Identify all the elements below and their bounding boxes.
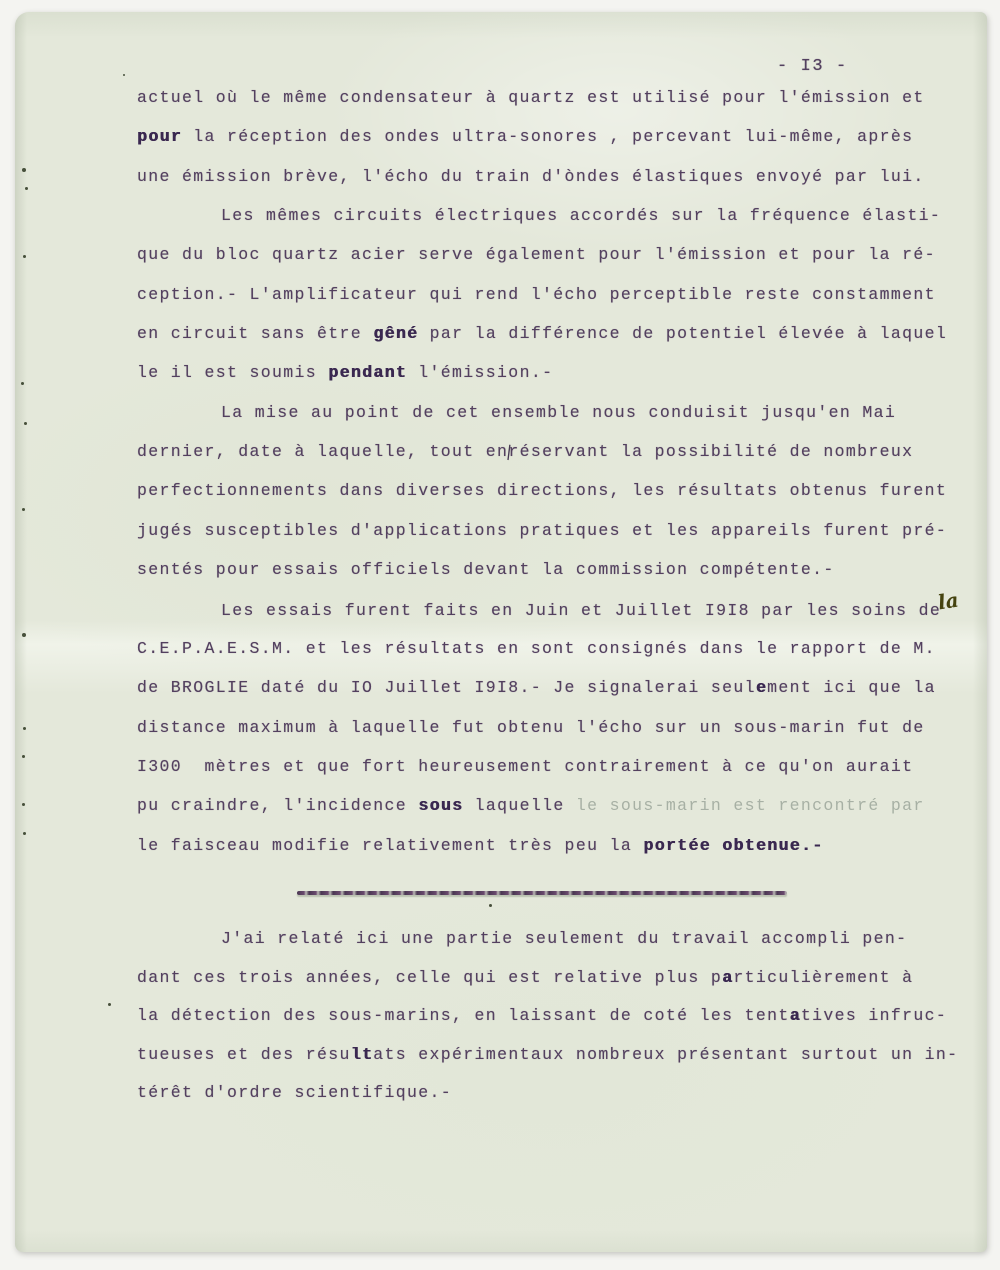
- ink-speck: [24, 422, 27, 425]
- text-line: tueuses et des résultats expérimentaux n…: [137, 1043, 997, 1082]
- text-line: de BROGLIE daté du IO Juillet I9I8.- Je …: [137, 676, 997, 715]
- text-segment: une émission brève, l'écho du train d'òn…: [137, 167, 925, 186]
- text-segment: pendant: [328, 363, 407, 382]
- text-line: J'ai relaté ici une partie seulement du …: [137, 927, 997, 966]
- text-segment: réservant la possibilité de nombreux: [508, 442, 913, 461]
- text-segment: le sous-marin est rencontré par: [576, 796, 925, 815]
- paper-sheet: - I3 - actuel où le même condensateur à …: [15, 12, 987, 1252]
- text-line: une émission brève, l'écho du train d'òn…: [137, 165, 997, 204]
- text-segment: e: [756, 678, 767, 697]
- text-segment: la détection des sous-marins, en laissan…: [137, 1006, 790, 1025]
- page-number: - I3 -: [777, 57, 848, 76]
- text-line: pour la réception des ondes ultra-sonore…: [137, 125, 997, 164]
- text-segment: le il est soumis: [137, 363, 328, 382]
- text-segment: portée obtenue.-: [643, 836, 823, 855]
- ink-speck: [22, 633, 26, 637]
- text-line: La mise au point de cet ensemble nous co…: [137, 401, 997, 440]
- text-line: jugés susceptibles d'applications pratiq…: [137, 519, 997, 558]
- text-line: que du bloc quartz acier serve également…: [137, 243, 997, 282]
- text-segment: actuel où le même condensateur à quartz …: [137, 88, 925, 107]
- ink-speck: [25, 187, 28, 190]
- text-line: pu craindre, l'incidence sous laquelle l…: [137, 794, 997, 833]
- text-line: le il est soumis pendant l'émission.-: [137, 361, 997, 400]
- text-segment: ception.- L'amplificateur qui rend l'éch…: [137, 285, 936, 304]
- text-line: distance maximum à laquelle fut obtenu l…: [137, 716, 997, 755]
- text-segment: dernier, date à laquelle, tout en: [137, 442, 508, 461]
- scanned-document: - I3 - actuel où le même condensateur à …: [0, 0, 1000, 1270]
- text-segment: laquelle: [463, 796, 576, 815]
- text-segment: le faisceau modifie relativement très pe…: [137, 836, 643, 855]
- text-line: I300 mètres et que fort heureusement con…: [137, 755, 997, 794]
- text-segment: perfectionnements dans diverses directio…: [137, 481, 947, 500]
- text-line: dant ces trois années, celle qui est rel…: [137, 966, 997, 1005]
- text-line: actuel où le même condensateur à quartz …: [137, 86, 997, 125]
- ink-speck: [23, 832, 26, 835]
- text-segment: de BROGLIE daté du IO Juillet I9I8.- Je …: [137, 678, 756, 697]
- text-line: sentés pour essais officiels devant la c…: [137, 558, 997, 597]
- text-line: dernier, date à laquelle, tout en|réserv…: [137, 440, 997, 479]
- ink-speck: [22, 755, 25, 758]
- text-segment: a: [722, 968, 733, 987]
- text-line: Les essais furent faits en Juin et Juill…: [137, 597, 997, 636]
- text-line: le faisceau modifie relativement très pe…: [137, 834, 997, 873]
- ink-speck: [22, 168, 26, 172]
- ink-speck: [22, 803, 25, 806]
- ink-speck: [22, 508, 25, 511]
- text-segment: Les mêmes circuits électriques accordés …: [221, 206, 941, 225]
- text-segment: ats expérimentaux nombreux présentant su…: [373, 1045, 958, 1064]
- text-line: perfectionnements dans diverses directio…: [137, 479, 997, 518]
- text-segment: la réception des ondes ultra-sonores , p…: [182, 127, 913, 146]
- text-segment: ment ici que la: [767, 678, 936, 697]
- text-segment: dant ces trois années, celle qui est rel…: [137, 968, 722, 987]
- text-segment: par la différence de potentiel élevée à …: [418, 324, 947, 343]
- ink-speck: [23, 255, 26, 258]
- ink-speck: [23, 727, 26, 730]
- text-segment: C.E.P.A.E.S.M. et les résultats en sont …: [137, 639, 936, 658]
- text-line: en circuit sans être gêné par la différe…: [137, 322, 997, 361]
- text-line: la détection des sous-marins, en laissan…: [137, 1004, 997, 1043]
- text-segment: I300 mètres et que fort heureusement con…: [137, 757, 913, 776]
- text-segment: pour: [137, 127, 182, 146]
- ink-speck: [108, 1003, 111, 1006]
- ink-speck: [21, 382, 24, 385]
- text-segment: gêné: [373, 324, 418, 343]
- text-segment: lt: [351, 1045, 374, 1064]
- text-segment: pu craindre, l'incidence: [137, 796, 418, 815]
- text-segment: a: [790, 1006, 801, 1025]
- text-line: térêt d'ordre scientifique.-: [137, 1081, 997, 1120]
- text-segment: tives infruc-: [801, 1006, 947, 1025]
- text-segment: La mise au point de cet ensemble nous co…: [221, 403, 896, 422]
- text-segment: rticulièrement à: [733, 968, 913, 987]
- text-segment: sous: [418, 796, 463, 815]
- text-segment: tueuses et des résu: [137, 1045, 351, 1064]
- text-segment: l'émission.-: [407, 363, 553, 382]
- section-separator-rule: [297, 891, 787, 895]
- text-segment: Les essais furent faits en Juin et Juill…: [221, 601, 941, 620]
- closing-text-block: J'ai relaté ici une partie seulement du …: [137, 927, 997, 1120]
- text-line: C.E.P.A.E.S.M. et les résultats en sont …: [137, 637, 997, 676]
- text-segment: jugés susceptibles d'applications pratiq…: [137, 521, 947, 540]
- text-segment: distance maximum à laquelle fut obtenu l…: [137, 718, 925, 737]
- main-text-block: actuel où le même condensateur à quartz …: [137, 86, 997, 873]
- text-segment: térêt d'ordre scientifique.-: [137, 1083, 452, 1102]
- text-segment: J'ai relaté ici une partie seulement du …: [221, 929, 907, 948]
- text-line: Les mêmes circuits électriques accordés …: [137, 204, 997, 243]
- text-segment: que du bloc quartz acier serve également…: [137, 245, 936, 264]
- text-segment: sentés pour essais officiels devant la c…: [137, 560, 835, 579]
- ink-speck: [489, 904, 492, 907]
- text-line: ception.- L'amplificateur qui rend l'éch…: [137, 283, 997, 322]
- ink-speck: [123, 74, 125, 76]
- text-segment: en circuit sans être: [137, 324, 373, 343]
- handwritten-correction: la: [936, 589, 960, 615]
